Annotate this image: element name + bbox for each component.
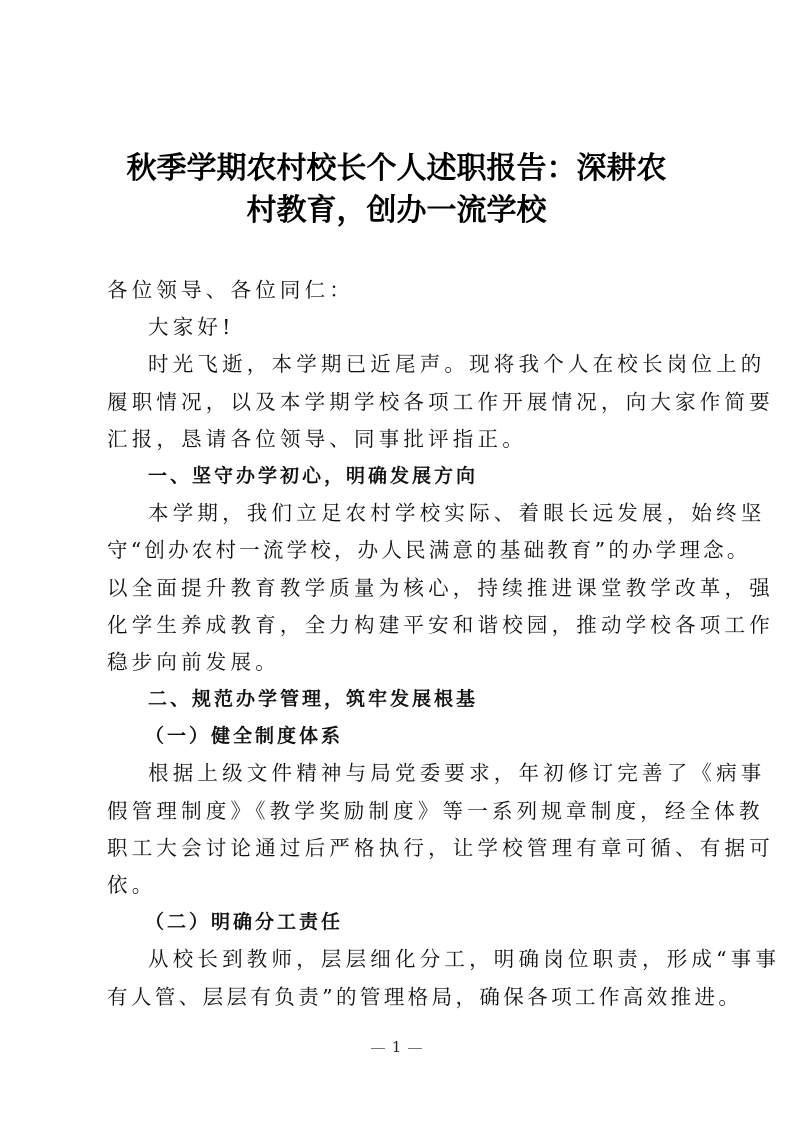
paragraph-line: 时光飞逝，本学期已近尾声。现将我个人在校长岗位上的 xyxy=(107,346,689,383)
title-line-2: 村教育，创办一流学校 xyxy=(100,190,693,232)
section-2-1-heading: （一）健全制度体系 xyxy=(107,718,689,755)
paragraph-line: 化学生养成教育，全力构建平安和谐校园，推动学校各项工作 xyxy=(107,607,689,644)
paragraph-line: 稳步向前发展。 xyxy=(107,644,689,681)
paragraph-line: 依。 xyxy=(107,867,689,904)
document-title: 秋季学期农村校长个人述职报告：深耕农 村教育，创办一流学校 xyxy=(100,148,693,232)
paragraph-line: 有人管、层层有负责”的管理格局，确保各项工作高效推进。 xyxy=(107,979,689,1016)
document-body: 各位领导、各位同仁： 大家好! 时光飞逝，本学期已近尾声。现将我个人在校长岗位上… xyxy=(107,272,689,1016)
greeting: 大家好! xyxy=(107,309,689,346)
page-number-dash-left xyxy=(371,1048,385,1049)
section-2-2-paragraph: 从校长到教师，层层细化分工，明确岗位职责，形成“事事 有人管、层层有负责”的管理… xyxy=(107,941,689,1015)
paragraph-line: 以全面提升教育教学质量为核心，持续推进课堂教学改革，强 xyxy=(107,570,689,607)
page-number-dash-right xyxy=(408,1048,422,1049)
page-number: 1 xyxy=(392,1038,402,1056)
paragraph-line: 假管理制度》《教学奖励制度》等一系列规章制度，经全体教 xyxy=(107,793,689,830)
paragraph-line: 汇报，恳请各位领导、同事批评指正。 xyxy=(107,421,689,458)
section-2-1-paragraph: 根据上级文件精神与局党委要求，年初修订完善了《病事 假管理制度》《教学奖励制度》… xyxy=(107,755,689,904)
title-line-1: 秋季学期农村校长个人述职报告：深耕农 xyxy=(100,148,693,190)
intro-paragraph: 时光飞逝，本学期已近尾声。现将我个人在校长岗位上的 履职情况，以及本学期学校各项… xyxy=(107,346,689,458)
paragraph-line: 从校长到教师，层层细化分工，明确岗位职责，形成“事事 xyxy=(107,941,689,978)
section-2-2-heading: （二）明确分工责任 xyxy=(107,904,689,941)
section-1-paragraph: 本学期，我们立足农村学校实际、着眼长远发展，始终坚 守“创办农村一流学校，办人民… xyxy=(107,495,689,681)
section-2-heading: 二、规范办学管理，筑牢发展根基 xyxy=(107,681,689,718)
paragraph-line: 本学期，我们立足农村学校实际、着眼长远发展，始终坚 xyxy=(107,495,689,532)
paragraph-line: 守“创办农村一流学校，办人民满意的基础教育”的办学理念。 xyxy=(107,532,689,569)
paragraph-line: 履职情况，以及本学期学校各项工作开展情况，向大家作简要 xyxy=(107,384,689,421)
page-footer: 1 xyxy=(0,1038,793,1056)
paragraph-line: 职工大会讨论通过后严格执行，让学校管理有章可循、有据可 xyxy=(107,830,689,867)
section-1-heading: 一、坚守办学初心，明确发展方向 xyxy=(107,458,689,495)
salutation: 各位领导、各位同仁： xyxy=(107,272,689,309)
document-page: 秋季学期农村校长个人述职报告：深耕农 村教育，创办一流学校 各位领导、各位同仁：… xyxy=(0,0,793,1122)
paragraph-line: 根据上级文件精神与局党委要求，年初修订完善了《病事 xyxy=(107,755,689,792)
